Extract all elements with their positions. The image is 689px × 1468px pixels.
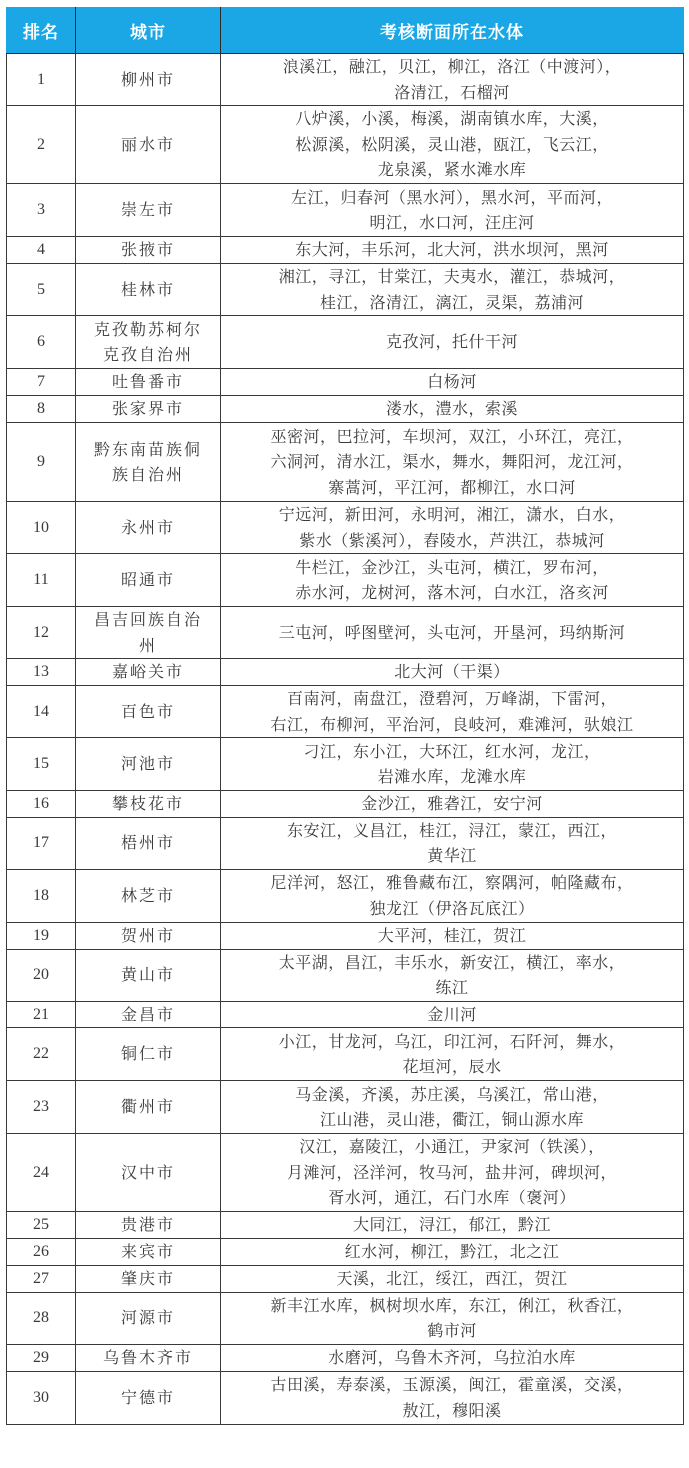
table-row: 16攀枝花市金沙江，雅砻江，安宁河 <box>7 791 684 818</box>
city-cell: 黔东南苗族侗 族自治州 <box>76 423 221 502</box>
table-header-row: 排名 城市 考核断面所在水体 <box>7 8 684 54</box>
city-cell: 张家界市 <box>76 396 221 423</box>
city-cell: 嘉峪关市 <box>76 659 221 686</box>
water-body-cell: 东大河，丰乐河，北大河，洪水坝河，黑河 <box>221 237 684 264</box>
table-row: 25贵港市大同江，浔江，郁江，黔江 <box>7 1212 684 1239</box>
water-body-cell: 北大河（干渠） <box>221 659 684 686</box>
rank-cell: 25 <box>7 1212 76 1239</box>
city-cell: 来宾市 <box>76 1239 221 1266</box>
rank-cell: 17 <box>7 817 76 869</box>
water-body-cell: 金沙江，雅砻江，安宁河 <box>221 791 684 818</box>
table-row: 8张家界市溇水，澧水，索溪 <box>7 396 684 423</box>
rank-cell: 22 <box>7 1028 76 1081</box>
table-row: 18林芝市尼洋河，怒江，雅鲁藏布江，察隅河，帕隆藏布， 独龙江（伊洛瓦底江） <box>7 869 684 922</box>
rank-cell: 5 <box>7 264 76 316</box>
water-body-cell: 浪溪江，融江，贝江，柳江，洛江（中渡河）， 洛清江，石榴河 <box>221 54 684 106</box>
water-body-cell: 汉江，嘉陵江，小通江，尹家河（铁溪）， 月滩河，泾洋河，牧马河，盐井河，碑坝河，… <box>221 1134 684 1212</box>
table-row: 4张掖市东大河，丰乐河，北大河，洪水坝河，黑河 <box>7 237 684 264</box>
city-cell: 桂林市 <box>76 264 221 316</box>
water-body-cell: 百南河，南盘江，澄碧河，万峰湖，下雷河， 右江，布柳河，平治河，良岐河，难滩河，… <box>221 686 684 738</box>
city-cell: 崇左市 <box>76 184 221 237</box>
water-body-cell: 大同江，浔江，郁江，黔江 <box>221 1212 684 1239</box>
rank-cell: 18 <box>7 869 76 922</box>
city-cell: 宁德市 <box>76 1371 221 1424</box>
table-row: 3崇左市左江，归春河（黑水河），黑水河，平而河， 明江，水口河，汪庄河 <box>7 184 684 237</box>
water-body-cell: 新丰江水库，枫树坝水库，东江，俐江，秋香江， 鹤市河 <box>221 1292 684 1344</box>
column-header-water-body: 考核断面所在水体 <box>221 8 684 54</box>
water-body-cell: 克孜河，托什干河 <box>221 316 684 369</box>
water-body-cell: 宁远河，新田河，永明河，湘江，潇水，白水， 紫水（紫溪河），舂陵水，芦洪江，恭城… <box>221 502 684 554</box>
city-cell: 攀枝花市 <box>76 791 221 818</box>
city-cell: 梧州市 <box>76 817 221 869</box>
city-cell: 贺州市 <box>76 922 221 949</box>
table-row: 11昭通市牛栏江，金沙江，头屯河，横江，罗布河， 赤水河，龙树河，落木河，白水江… <box>7 554 684 607</box>
city-cell: 肇庆市 <box>76 1265 221 1292</box>
table-row: 15河池市刁江，东小江，大环江，红水河，龙江， 岩滩水库，龙滩水库 <box>7 738 684 791</box>
table-row: 29乌鲁木齐市水磨河，乌鲁木齐河，乌拉泊水库 <box>7 1344 684 1371</box>
table-row: 30宁德市古田溪，寿泰溪，玉源溪，闽江，霍童溪，交溪， 敖江，穆阳溪 <box>7 1371 684 1424</box>
table-row: 9黔东南苗族侗 族自治州巫密河，巴拉河，车坝河，双江，小环江，亮江， 六洞河，清… <box>7 423 684 502</box>
column-header-rank: 排名 <box>7 8 76 54</box>
table-row: 26来宾市红水河，柳江，黔江，北之江 <box>7 1239 684 1266</box>
city-cell: 昌吉回族自治 州 <box>76 607 221 659</box>
rank-cell: 24 <box>7 1134 76 1212</box>
table-row: 10永州市宁远河，新田河，永明河，湘江，潇水，白水， 紫水（紫溪河），舂陵水，芦… <box>7 502 684 554</box>
rank-cell: 28 <box>7 1292 76 1344</box>
water-body-cell: 古田溪，寿泰溪，玉源溪，闽江，霍童溪，交溪， 敖江，穆阳溪 <box>221 1371 684 1424</box>
rank-cell: 21 <box>7 1001 76 1028</box>
city-cell: 张掖市 <box>76 237 221 264</box>
rank-cell: 29 <box>7 1344 76 1371</box>
rank-cell: 15 <box>7 738 76 791</box>
city-cell: 永州市 <box>76 502 221 554</box>
rank-cell: 13 <box>7 659 76 686</box>
table-row: 28河源市新丰江水库，枫树坝水库，东江，俐江，秋香江， 鹤市河 <box>7 1292 684 1344</box>
water-body-cell: 红水河，柳江，黔江，北之江 <box>221 1239 684 1266</box>
city-cell: 百色市 <box>76 686 221 738</box>
city-cell: 丽水市 <box>76 106 221 184</box>
rank-cell: 6 <box>7 316 76 369</box>
water-body-cell: 大平河，桂江，贺江 <box>221 922 684 949</box>
rank-cell: 20 <box>7 949 76 1001</box>
rank-cell: 23 <box>7 1081 76 1134</box>
rank-cell: 8 <box>7 396 76 423</box>
water-body-cell: 东安江，义昌江，桂江，浔江，蒙江，西江， 黄华江 <box>221 817 684 869</box>
water-body-cell: 天溪，北江，绥江，西江，贺江 <box>221 1265 684 1292</box>
rank-cell: 2 <box>7 106 76 184</box>
water-body-cell: 巫密河，巴拉河，车坝河，双江，小环江，亮江， 六洞河，清水江，渠水，舞水，舞阳河… <box>221 423 684 502</box>
rank-cell: 1 <box>7 54 76 106</box>
table-row: 22铜仁市小江，甘龙河，乌江，印江河，石阡河，舞水， 花垣河，辰水 <box>7 1028 684 1081</box>
water-body-cell: 八炉溪，小溪，梅溪，湖南镇水库，大溪， 松源溪，松阴溪，灵山港，瓯江，飞云江， … <box>221 106 684 184</box>
table-row: 21金昌市金川河 <box>7 1001 684 1028</box>
water-body-cell: 金川河 <box>221 1001 684 1028</box>
table-row: 19贺州市大平河，桂江，贺江 <box>7 922 684 949</box>
water-body-cell: 太平湖，昌江，丰乐水，新安江，横江，率水， 练江 <box>221 949 684 1001</box>
city-cell: 克孜勒苏柯尔 克孜自治州 <box>76 316 221 369</box>
rank-cell: 11 <box>7 554 76 607</box>
table-row: 24汉中市汉江，嘉陵江，小通江，尹家河（铁溪）， 月滩河，泾洋河，牧马河，盐井河… <box>7 1134 684 1212</box>
city-cell: 黄山市 <box>76 949 221 1001</box>
table-row: 1柳州市浪溪江，融江，贝江，柳江，洛江（中渡河）， 洛清江，石榴河 <box>7 54 684 106</box>
table-row: 13嘉峪关市北大河（干渠） <box>7 659 684 686</box>
table-row: 27肇庆市天溪，北江，绥江，西江，贺江 <box>7 1265 684 1292</box>
table-row: 14百色市百南河，南盘江，澄碧河，万峰湖，下雷河， 右江，布柳河，平治河，良岐河… <box>7 686 684 738</box>
city-cell: 贵港市 <box>76 1212 221 1239</box>
rank-cell: 30 <box>7 1371 76 1424</box>
water-body-cell: 白杨河 <box>221 369 684 396</box>
rank-cell: 10 <box>7 502 76 554</box>
water-body-cell: 小江，甘龙河，乌江，印江河，石阡河，舞水， 花垣河，辰水 <box>221 1028 684 1081</box>
city-cell: 吐鲁番市 <box>76 369 221 396</box>
table-row: 12昌吉回族自治 州三屯河，呼图壁河，头屯河，开垦河，玛纳斯河 <box>7 607 684 659</box>
rank-cell: 3 <box>7 184 76 237</box>
water-body-cell: 刁江，东小江，大环江，红水河，龙江， 岩滩水库，龙滩水库 <box>221 738 684 791</box>
rank-cell: 7 <box>7 369 76 396</box>
city-cell: 林芝市 <box>76 869 221 922</box>
rank-cell: 27 <box>7 1265 76 1292</box>
water-body-cell: 牛栏江，金沙江，头屯河，横江，罗布河， 赤水河，龙树河，落木河，白水江，洛亥河 <box>221 554 684 607</box>
rank-cell: 19 <box>7 922 76 949</box>
city-cell: 汉中市 <box>76 1134 221 1212</box>
water-body-cell: 水磨河，乌鲁木齐河，乌拉泊水库 <box>221 1344 684 1371</box>
table-row: 6克孜勒苏柯尔 克孜自治州克孜河，托什干河 <box>7 316 684 369</box>
table-row: 20黄山市太平湖，昌江，丰乐水，新安江，横江，率水， 练江 <box>7 949 684 1001</box>
city-cell: 昭通市 <box>76 554 221 607</box>
table-row: 17梧州市东安江，义昌江，桂江，浔江，蒙江，西江， 黄华江 <box>7 817 684 869</box>
column-header-city: 城市 <box>76 8 221 54</box>
water-body-cell: 尼洋河，怒江，雅鲁藏布江，察隅河，帕隆藏布， 独龙江（伊洛瓦底江） <box>221 869 684 922</box>
rank-cell: 12 <box>7 607 76 659</box>
water-body-cell: 左江，归春河（黑水河），黑水河，平而河， 明江，水口河，汪庄河 <box>221 184 684 237</box>
water-body-cell: 湘江，寻江，甘棠江，夫夷水，灌江，恭城河， 桂江，洛清江，漓江，灵渠，荔浦河 <box>221 264 684 316</box>
table-row: 2丽水市八炉溪，小溪，梅溪，湖南镇水库，大溪， 松源溪，松阴溪，灵山港，瓯江，飞… <box>7 106 684 184</box>
water-body-cell: 马金溪，齐溪，苏庄溪，乌溪江，常山港， 江山港，灵山港，衢江，铜山源水库 <box>221 1081 684 1134</box>
city-cell: 衢州市 <box>76 1081 221 1134</box>
ranking-table: 排名 城市 考核断面所在水体 1柳州市浪溪江，融江，贝江，柳江，洛江（中渡河），… <box>6 7 684 1425</box>
table-row: 7吐鲁番市白杨河 <box>7 369 684 396</box>
rank-cell: 16 <box>7 791 76 818</box>
rank-cell: 14 <box>7 686 76 738</box>
water-body-cell: 溇水，澧水，索溪 <box>221 396 684 423</box>
city-cell: 河池市 <box>76 738 221 791</box>
table-row: 5桂林市湘江，寻江，甘棠江，夫夷水，灌江，恭城河， 桂江，洛清江，漓江，灵渠，荔… <box>7 264 684 316</box>
table-row: 23衢州市马金溪，齐溪，苏庄溪，乌溪江，常山港， 江山港，灵山港，衢江，铜山源水… <box>7 1081 684 1134</box>
city-cell: 金昌市 <box>76 1001 221 1028</box>
table-body: 1柳州市浪溪江，融江，贝江，柳江，洛江（中渡河）， 洛清江，石榴河2丽水市八炉溪… <box>7 54 684 1425</box>
city-cell: 河源市 <box>76 1292 221 1344</box>
water-body-cell: 三屯河，呼图壁河，头屯河，开垦河，玛纳斯河 <box>221 607 684 659</box>
rank-cell: 26 <box>7 1239 76 1266</box>
city-cell: 柳州市 <box>76 54 221 106</box>
city-cell: 乌鲁木齐市 <box>76 1344 221 1371</box>
rank-cell: 9 <box>7 423 76 502</box>
city-cell: 铜仁市 <box>76 1028 221 1081</box>
rank-cell: 4 <box>7 237 76 264</box>
